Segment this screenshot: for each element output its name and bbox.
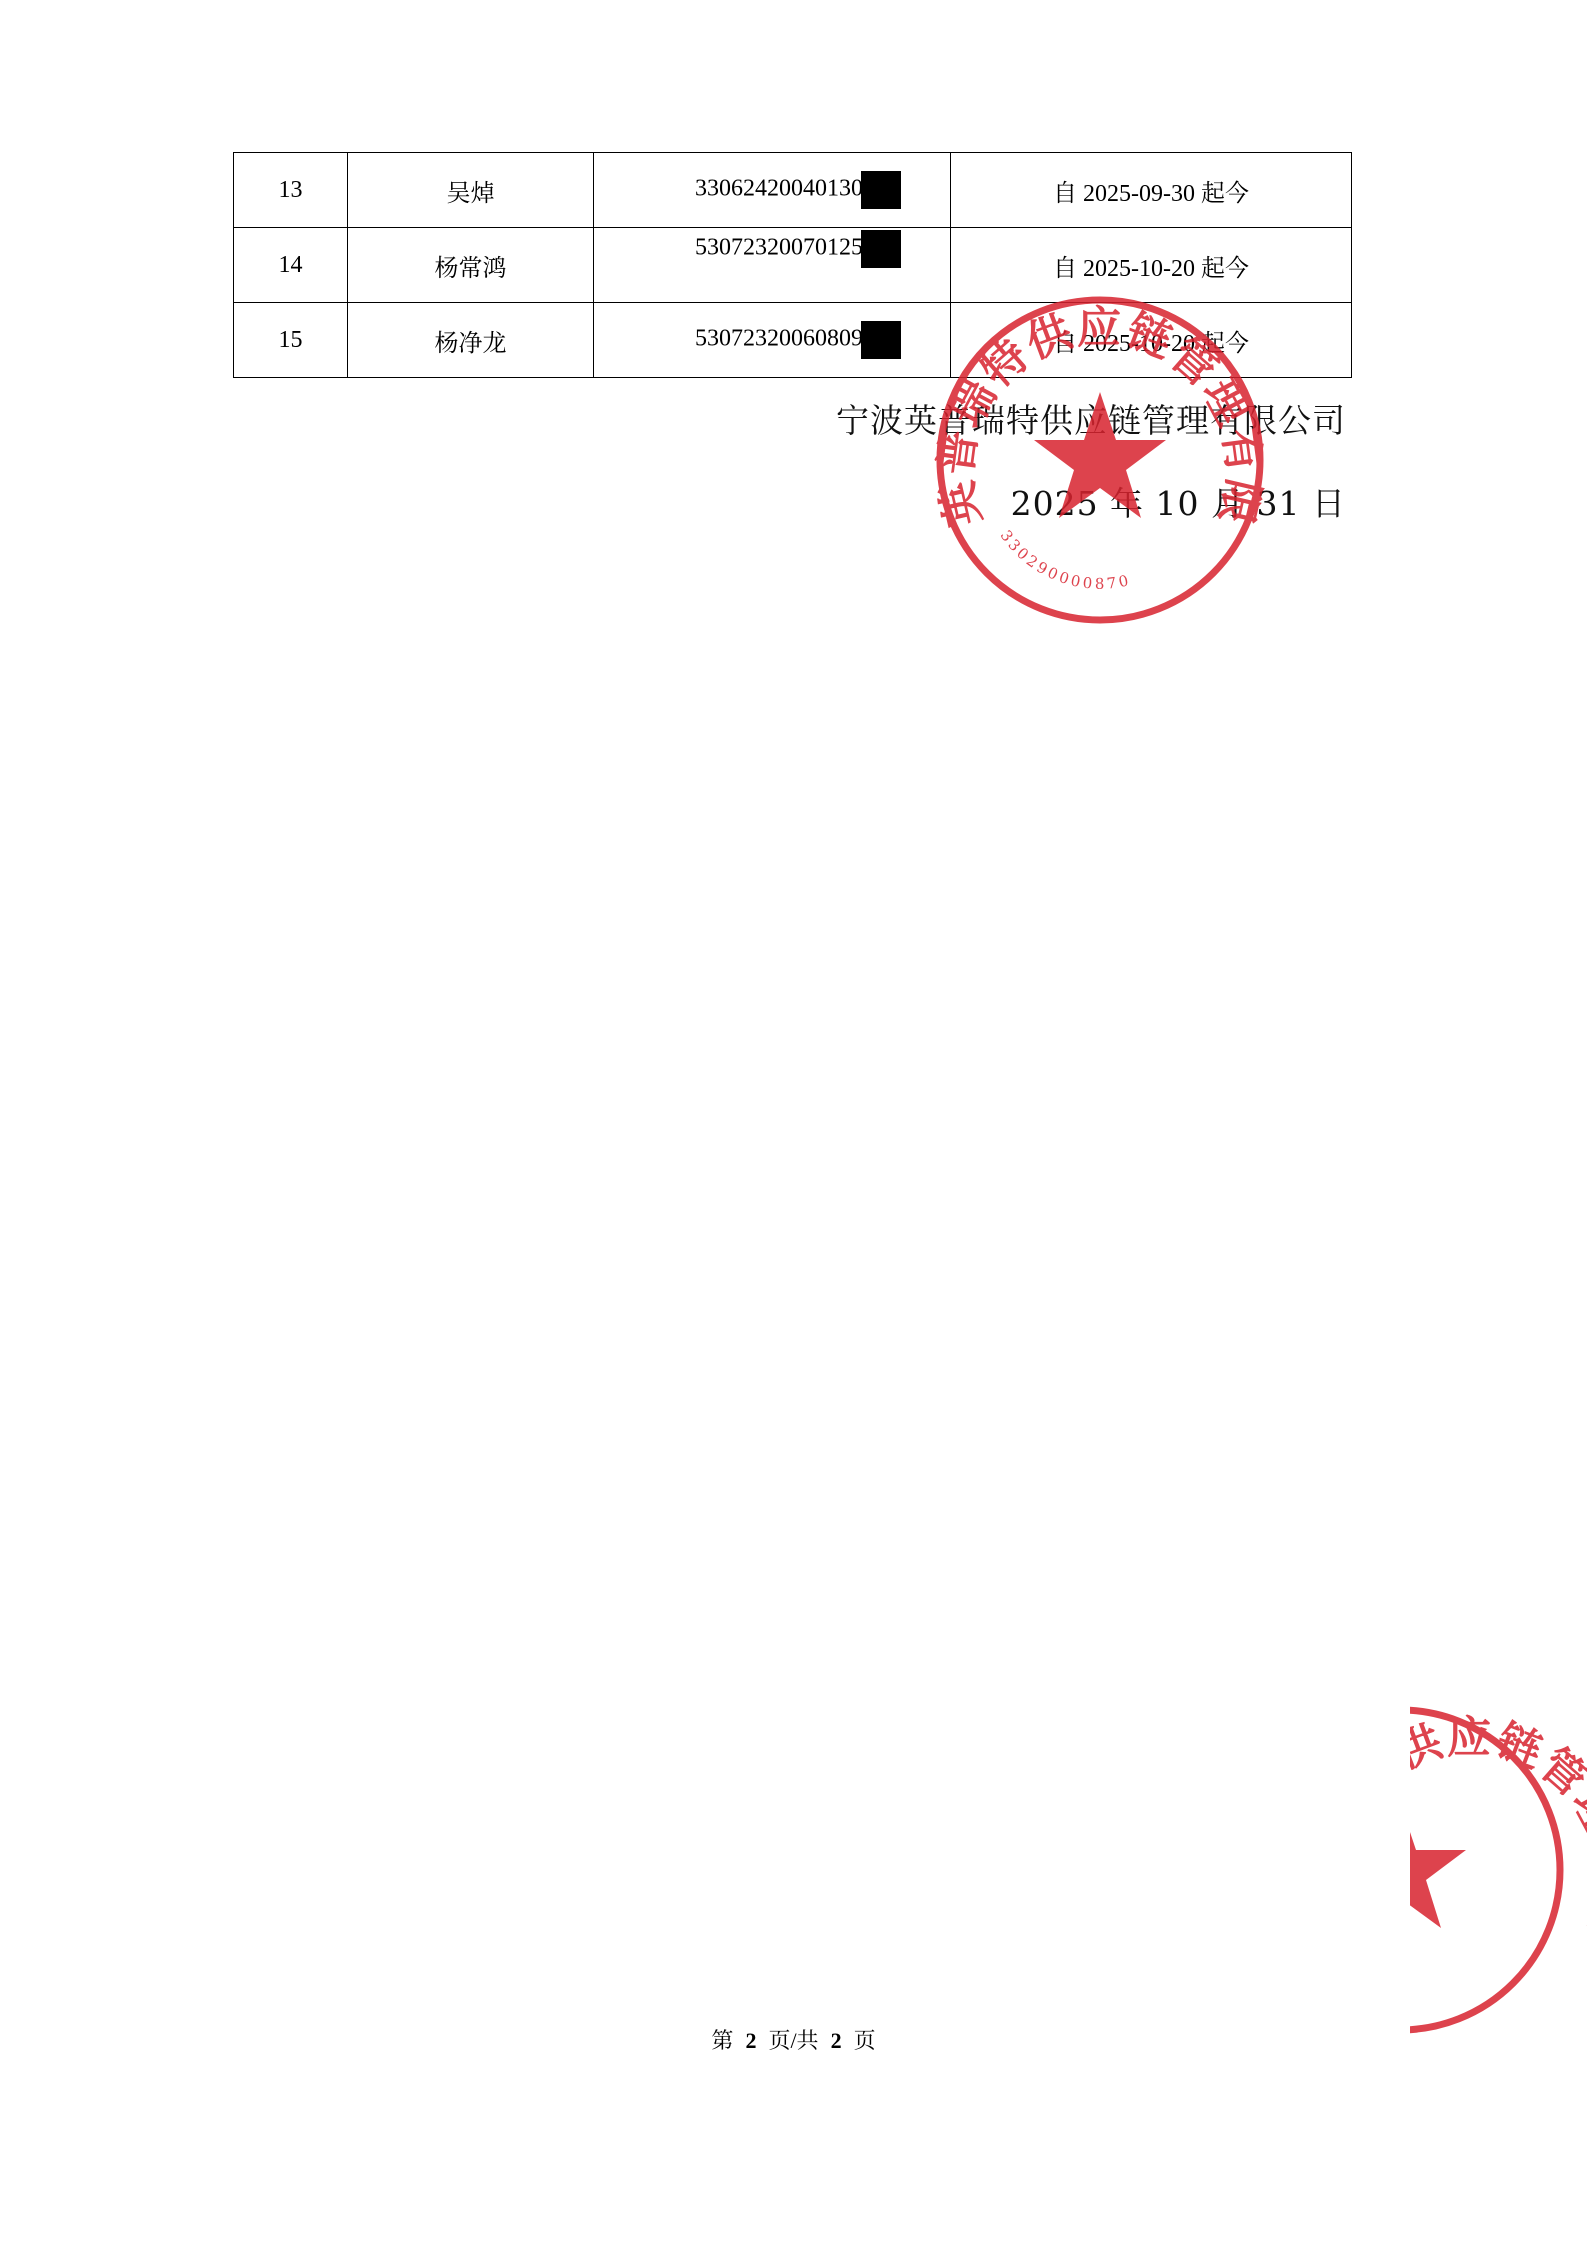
table-row: 15 杨净龙 53072320060809 自 2025-10-20 起今 bbox=[234, 303, 1352, 378]
employee-name: 吴焯 bbox=[348, 153, 594, 228]
employee-name: 杨常鸿 bbox=[348, 228, 594, 303]
page-footer: 第2页/共2页 bbox=[0, 2024, 1587, 2055]
id-number-cell: 33062420040130 bbox=[594, 153, 951, 228]
total-pages: 2 bbox=[831, 2028, 842, 2053]
row-number: 13 bbox=[234, 153, 348, 228]
document-page: 13 吴焯 33062420040130 自 2025-09-30 起今 14 … bbox=[0, 0, 1587, 2245]
id-number: 33062420040130 bbox=[695, 176, 863, 202]
employment-period: 自 2025-09-30 起今 bbox=[951, 153, 1352, 228]
row-number: 14 bbox=[234, 228, 348, 303]
id-number: 53072320070125 bbox=[695, 235, 863, 261]
redaction-block bbox=[861, 230, 901, 268]
id-number: 53072320060809 bbox=[695, 326, 863, 352]
employment-period: 自 2025-10-20 起今 bbox=[951, 303, 1352, 378]
redaction-block bbox=[861, 171, 901, 209]
id-number-cell: 53072320060809 bbox=[594, 303, 951, 378]
employment-period: 自 2025-10-20 起今 bbox=[951, 228, 1352, 303]
current-page: 2 bbox=[745, 2028, 756, 2053]
staff-table: 13 吴焯 33062420040130 自 2025-09-30 起今 14 … bbox=[233, 152, 1352, 378]
signature-company: 宁波英普瑞特供应链管理有限公司 bbox=[836, 395, 1346, 442]
signature-date: 2025 年 10 月 31 日 bbox=[1011, 478, 1346, 525]
row-number: 15 bbox=[234, 303, 348, 378]
paging-seal-icon: 宁波英普瑞特供应链管理有限公司 bbox=[1410, 1700, 1587, 2040]
redaction-block bbox=[861, 321, 901, 359]
table-row: 13 吴焯 33062420040130 自 2025-09-30 起今 bbox=[234, 153, 1352, 228]
id-number-cell: 53072320070125 bbox=[594, 228, 951, 303]
table-row: 14 杨常鸿 53072320070125 自 2025-10-20 起今 bbox=[234, 228, 1352, 303]
svg-text:宁波英普瑞特供应链管理有限公司: 宁波英普瑞特供应链管理有限公司 bbox=[1410, 1700, 1587, 1941]
employee-name: 杨净龙 bbox=[348, 303, 594, 378]
